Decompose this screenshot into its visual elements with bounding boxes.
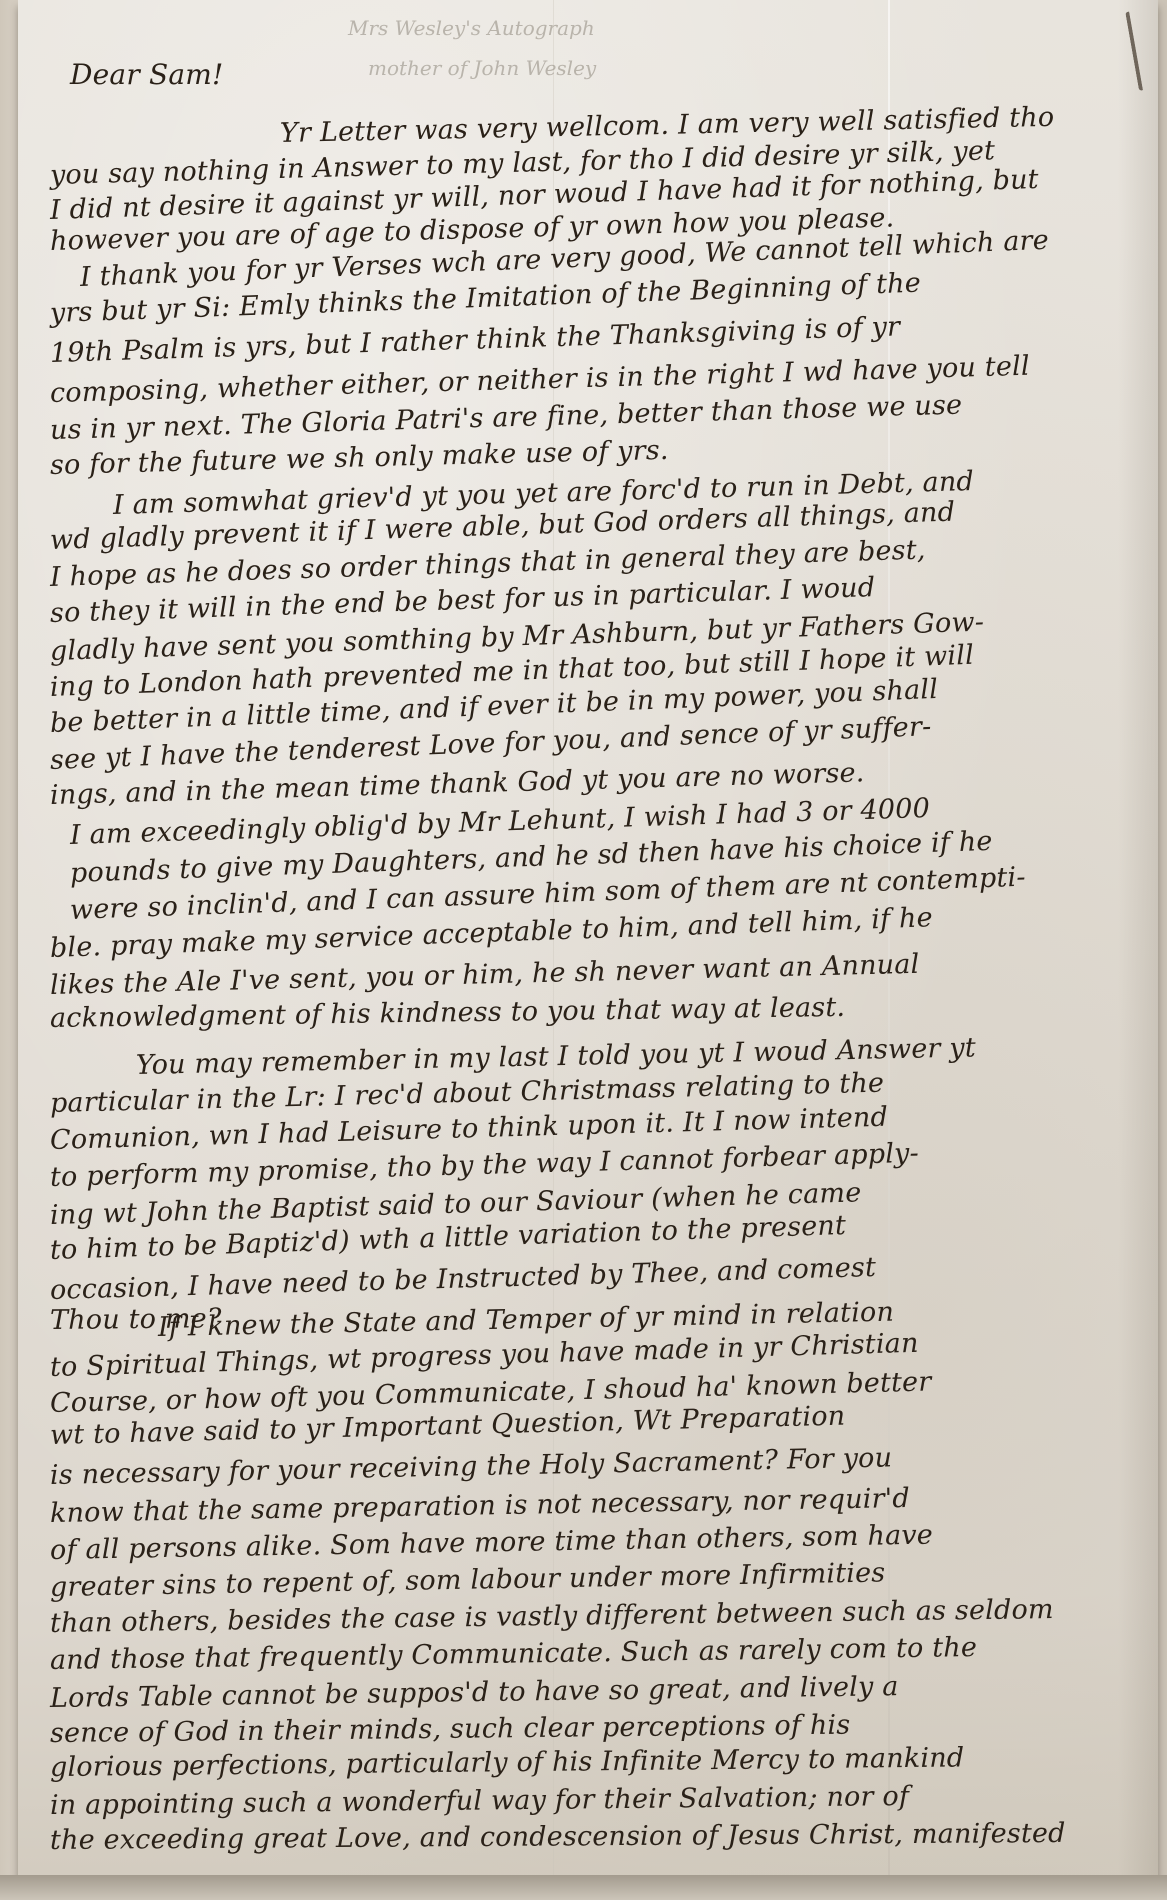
pencil-annotation-line-2: mother of John Wesley [368,56,596,80]
pencil-annotation-line-1: Mrs Wesley's Autograph [348,16,595,40]
salutation: Dear Sam! [70,58,223,91]
letter-line: greater sins to repent of, som labour un… [50,1557,886,1603]
letter-line: acknowledgment of his kindness to you th… [50,992,846,1034]
letter-page: Mrs Wesley's Autograph mother of John We… [18,0,1158,1878]
letter-line: sence of God in their minds, such clear … [50,1710,851,1749]
page-edge-shadow [1118,0,1158,1875]
letter-line: Lords Table cannot be suppos'd to have s… [50,1671,899,1714]
letter-line: the exceeding great Love, and condescens… [50,1818,1066,1856]
letter-line: in appointing such a wonderful way for t… [50,1781,909,1821]
letter-line: glorious perfections, particularly of hi… [50,1742,965,1783]
underlying-sheet [0,1875,1167,1900]
letter-line: and those that frequently Communicate. S… [50,1632,978,1676]
letter-line: is necessary for your receiving the Holy… [50,1442,893,1491]
